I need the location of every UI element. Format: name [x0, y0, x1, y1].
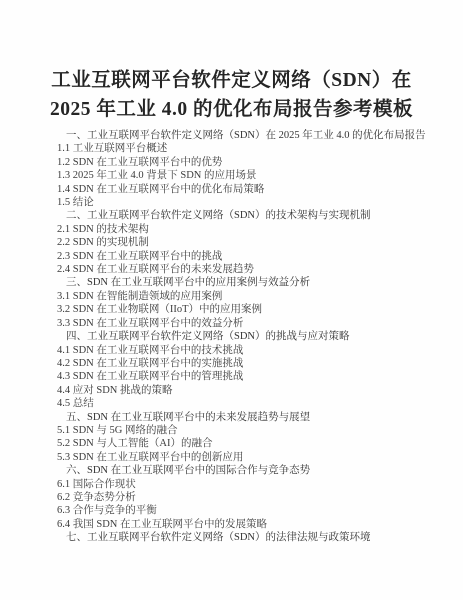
toc-item-line: 6.4 我国 SDN 在工业互联网平台中的发展策略: [57, 518, 445, 531]
toc-section-line: 七、工业互联网平台软件定义网络（SDN）的法律法规与政策环境: [66, 531, 445, 544]
toc-item-line: 3.1 SDN 在智能制造领域的应用案例: [57, 290, 445, 303]
toc-section-line: 五、SDN 在工业互联网平台中的未来发展趋势与展望: [66, 411, 445, 424]
toc-item-line: 1.5 结论: [57, 196, 445, 209]
toc-item-line: 3.2 SDN 在工业物联网（IIoT）中的应用案例: [57, 303, 445, 316]
toc-item-line: 1.4 SDN 在工业互联网平台中的优化布局策略: [57, 183, 445, 196]
toc-item-line: 4.4 应对 SDN 挑战的策略: [57, 384, 445, 397]
toc-section-line: 一、工业互联网平台软件定义网络（SDN）在 2025 年工业 4.0 的优化布局…: [66, 129, 445, 142]
document-page: 工业互联网平台软件定义网络（SDN）在 2025 年工业 4.0 的优化布局报告…: [0, 0, 463, 600]
toc-item-line: 1.1 工业互联网平台概述: [57, 142, 445, 155]
document-title-line2: 2025 年工业 4.0 的优化布局报告参考模板: [0, 95, 463, 124]
toc-item-line: 5.2 SDN 与人工智能（AI）的融合: [57, 437, 445, 450]
document-title-line1: 工业互联网平台软件定义网络（SDN）在: [0, 66, 463, 95]
toc-item-line: 3.3 SDN 在工业互联网平台中的效益分析: [57, 317, 445, 330]
document-title: 工业互联网平台软件定义网络（SDN）在 2025 年工业 4.0 的优化布局报告…: [0, 66, 463, 124]
toc-item-line: 4.2 SDN 在工业互联网平台中的实施挑战: [57, 357, 445, 370]
toc-section-line: 二、工业互联网平台软件定义网络（SDN）的技术架构与实现机制: [66, 209, 445, 222]
toc-item-line: 6.1 国际合作现状: [57, 478, 445, 491]
toc-item-line: 5.3 SDN 在工业互联网平台中的创新应用: [57, 451, 445, 464]
toc-item-line: 2.3 SDN 在工业互联网平台中的挑战: [57, 250, 445, 263]
toc-item-line: 4.1 SDN 在工业互联网平台中的技术挑战: [57, 344, 445, 357]
toc-item-line: 1.3 2025 年工业 4.0 背景下 SDN 的应用场景: [57, 169, 445, 182]
toc-item-line: 6.3 合作与竞争的平衡: [57, 504, 445, 517]
toc-section-line: 四、工业互联网平台软件定义网络（SDN）的挑战与应对策略: [66, 330, 445, 343]
toc-item-line: 2.2 SDN 的实现机制: [57, 236, 445, 249]
toc-item-line: 4.5 总结: [57, 397, 445, 410]
table-of-contents: 一、工业互联网平台软件定义网络（SDN）在 2025 年工业 4.0 的优化布局…: [0, 129, 463, 545]
toc-item-line: 2.4 SDN 在工业互联网平台的未来发展趋势: [57, 263, 445, 276]
toc-item-line: 2.1 SDN 的技术架构: [57, 223, 445, 236]
toc-section-line: 六、SDN 在工业互联网平台中的国际合作与竞争态势: [66, 464, 445, 477]
toc-item-line: 4.3 SDN 在工业互联网平台中的管理挑战: [57, 370, 445, 383]
toc-item-line: 6.2 竞争态势分析: [57, 491, 445, 504]
toc-section-line: 三、SDN 在工业互联网平台中的应用案例与效益分析: [66, 276, 445, 289]
toc-item-line: 5.1 SDN 与 5G 网络的融合: [57, 424, 445, 437]
toc-item-line: 1.2 SDN 在工业互联网平台中的优势: [57, 156, 445, 169]
